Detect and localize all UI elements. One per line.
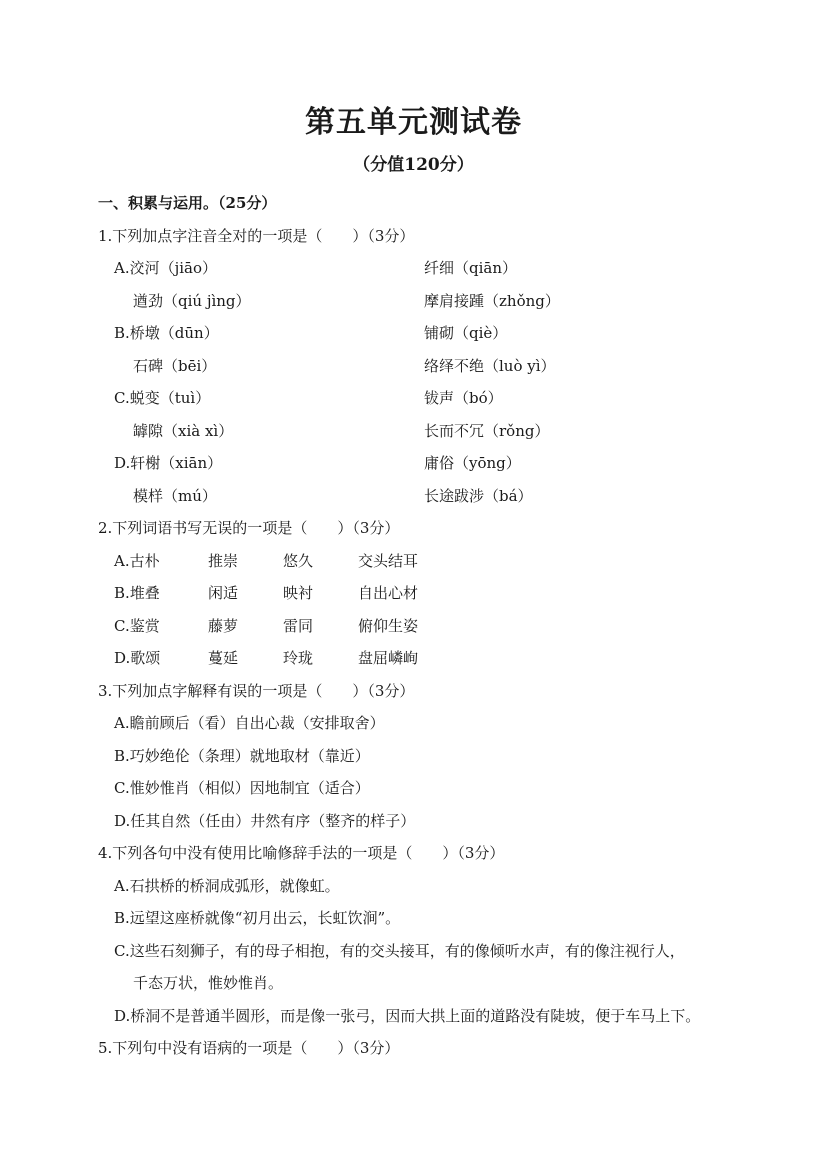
question-5-stem: 5.下列句中没有语病的一项是（ ）（3分） [98, 1038, 399, 1058]
question-2-stem: 2.下列词语书写无误的一项是（ ）（3分） [98, 518, 399, 538]
word: 歌颂 [130, 649, 160, 667]
q2-option-a: A.古朴推崇悠久交头结耳 [114, 551, 418, 571]
q2-option-d: D.歌颂蔓延玲珑盘屈嶙峋 [114, 648, 418, 668]
option-label: C. [114, 617, 130, 635]
q3-option-d: D.任其自然（任由）井然有序（整齐的样子） [114, 811, 415, 831]
q4-option-d: D.桥洞不是普通半圆形，而是像一张弓，因而大拱上面的道路没有陡坡，便于车马上下。 [114, 1006, 700, 1026]
option-first: A.古朴 [114, 551, 208, 571]
word: 玲珑 [283, 648, 358, 668]
score-total: （分值120分） [0, 152, 827, 178]
option-item: 桥墩（dūn） [130, 324, 219, 342]
q1-option-a: A.洨河（jiāo） [114, 258, 217, 278]
q4-option-c: C.这些石刻狮子，有的母子相抱，有的交头接耳，有的像倾听水声，有的像注视行人， [114, 941, 685, 961]
option-first: B.堆叠 [114, 583, 208, 603]
q1-option-b-left2: 石碑（bēi） [133, 356, 216, 376]
q1-option-a-left2: 遒劲（qiú jìng） [133, 291, 251, 311]
option-item: 蜕变（tuì） [130, 389, 211, 407]
option-first: C.鉴赏 [114, 616, 208, 636]
q1-option-d-right1: 庸俗（yōng） [424, 453, 521, 473]
word: 推崇 [208, 551, 283, 571]
q3-option-c: C.惟妙惟肖（相似）因地制宜（适合） [114, 778, 370, 798]
q1-option-b-right2: 络绎不绝（luò yì） [424, 356, 556, 376]
option-label: D. [114, 649, 130, 667]
q1-option-c-left2: 罅隙（xià xì） [133, 421, 233, 441]
section-heading: 一、积累与运用。（25分） [98, 193, 276, 213]
word: 悠久 [283, 551, 358, 571]
option-label: B. [114, 584, 130, 602]
q1-option-d-left2: 模样（mú） [133, 486, 217, 506]
question-3-stem: 3.下列加点字解释有误的一项是（ ）（3分） [98, 681, 414, 701]
option-label: A. [114, 552, 130, 570]
q4-option-a: A.石拱桥的桥洞成弧形，就像虹。 [114, 876, 340, 896]
q2-option-b: B.堆叠闲适映衬自出心材 [114, 583, 418, 603]
q3-option-a: A.瞻前顾后（看）自出心裁（安排取舍） [114, 713, 385, 733]
q1-option-b-right1: 铺砌（qiè） [424, 323, 507, 343]
word: 古朴 [130, 552, 160, 570]
option-item: 轩榭（xiān） [130, 454, 222, 472]
question-1-stem: 1.下列加点字注音全对的一项是（ ）（3分） [98, 226, 414, 246]
option-label: D. [114, 454, 130, 472]
option-label: C. [114, 389, 130, 407]
word: 闲适 [208, 583, 283, 603]
option-item: 洨河（jiāo） [130, 259, 217, 277]
page-title: 第五单元测试卷 [0, 103, 827, 143]
q3-option-b: B.巧妙绝伦（条理）就地取材（靠近） [114, 746, 370, 766]
q4-option-c-continued: 千态万状，惟妙惟肖。 [133, 973, 283, 993]
q4-option-b: B.远望这座桥就像“初月出云，长虹饮涧”。 [114, 908, 400, 928]
q1-option-d-right2: 长途跋涉（bá） [424, 486, 533, 506]
word: 藤萝 [208, 616, 283, 636]
word: 鉴赏 [130, 617, 160, 635]
q2-option-c: C.鉴赏藤萝雷同俯仰生姿 [114, 616, 418, 636]
word: 俯仰生姿 [358, 616, 418, 636]
word: 雷同 [283, 616, 358, 636]
q1-option-d: D.轩榭（xiān） [114, 453, 222, 473]
q1-option-a-right1: 纤细（qiān） [424, 258, 517, 278]
q1-option-c: C.蜕变（tuì） [114, 388, 210, 408]
word: 交头结耳 [358, 551, 418, 571]
word: 映衬 [283, 583, 358, 603]
word: 堆叠 [130, 584, 160, 602]
option-label: B. [114, 324, 130, 342]
option-label: A. [114, 259, 130, 277]
q1-option-b: B.桥墩（dūn） [114, 323, 219, 343]
word: 盘屈嶙峋 [358, 648, 418, 668]
q1-option-c-right2: 长而不冗（rǒng） [424, 421, 549, 441]
q1-option-a-right2: 摩肩接踵（zhǒng） [424, 291, 560, 311]
word: 蔓延 [208, 648, 283, 668]
option-first: D.歌颂 [114, 648, 208, 668]
word: 自出心材 [358, 583, 418, 603]
question-4-stem: 4.下列各句中没有使用比喻修辞手法的一项是（ ）（3分） [98, 843, 504, 863]
q1-option-c-right1: 钹声（bó） [424, 388, 503, 408]
